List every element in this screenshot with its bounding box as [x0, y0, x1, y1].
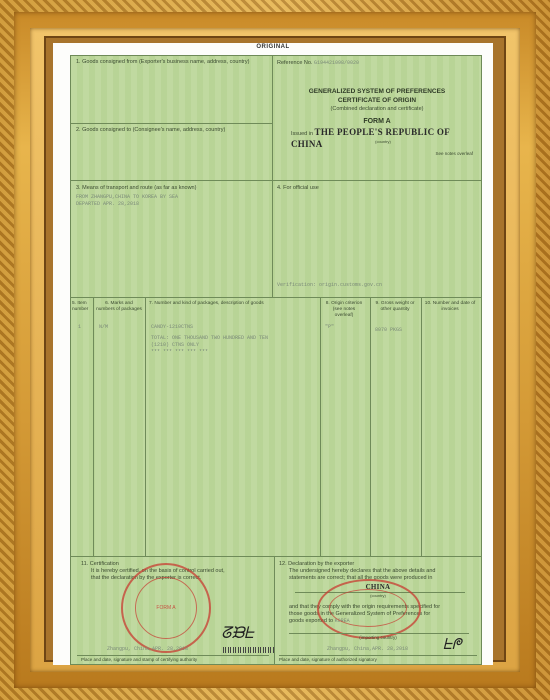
- box-12-place-date: Zhangpu, China,APR. 28,2018: [327, 646, 408, 653]
- exporter-stamp: [317, 579, 421, 639]
- see-notes-overleaf: See notes overleaf: [435, 151, 473, 157]
- issued-in-country: THE PEOPLE'S REPUBLIC OF CHINA: [291, 127, 450, 149]
- box-7-total: TOTAL: ONE THOUSAND TWO HUNDRED AND TEN: [151, 335, 268, 342]
- box-10-invoices: 10. Number and date of invoices: [422, 298, 481, 556]
- box-8-origin-criterion: 8. Origin criterion (see notes overleaf)…: [321, 298, 371, 556]
- box-8-value: "P": [325, 324, 334, 331]
- box-7-end-marks: *** *** *** *** ***: [151, 349, 208, 356]
- reference-no-label: Reference No.: [277, 60, 312, 66]
- box-1-exporter: 1. Goods consigned from (Exporter's busi…: [71, 56, 273, 124]
- box-12-footer: Place and date, signature of authorized …: [279, 657, 377, 663]
- box-3-label: 3. Means of transport and route (as far …: [76, 185, 196, 192]
- box-6-value: N/M: [99, 324, 108, 331]
- form-name: FORM A: [273, 117, 481, 126]
- box-3-route: FROM ZHANGPU,CHINA TO KOREA BY SEA: [76, 194, 178, 201]
- certificate-title: CERTIFICATE OF ORIGIN: [273, 97, 481, 105]
- box-9-gross-weight: 9. Gross weight or other quantity 8070 P…: [371, 298, 422, 556]
- box-11-footer-rule: [77, 655, 269, 656]
- box-7-goods: CANDY-1210CTNS: [151, 324, 193, 331]
- box-12-declaration: 12. Declaration by the exporter The unde…: [275, 557, 481, 665]
- box-7-description: 7. Number and kind of packages, descript…: [146, 298, 321, 556]
- box-11-footer: Place and date, signature and stamp of c…: [81, 657, 197, 663]
- box-5-label: 5. Item number: [72, 301, 94, 313]
- box-12-footer-rule: [279, 655, 477, 656]
- gsp-title: GENERALIZED SYSTEM OF PREFERENCES: [273, 88, 481, 96]
- box-2-label: 2. Goods consigned to (Consignee's name,…: [76, 127, 271, 134]
- customs-stamp-center: FORM A: [123, 605, 209, 612]
- box-7-label: 7. Number and kind of packages, descript…: [149, 301, 321, 307]
- box-5-item-number: 5. Item number 1: [71, 298, 94, 556]
- box-9-value: 8070 PKGS: [375, 327, 402, 334]
- customs-stamp: FORM A: [121, 563, 211, 653]
- box-4-label: 4. For official use: [277, 185, 319, 192]
- box-2-consignee: 2. Goods consigned to (Consignee's name,…: [71, 124, 273, 181]
- box-3-departure: DEPARTED APR. 28,2018: [76, 201, 139, 208]
- title-block: Reference No. G194421098/0020 GENERALIZE…: [273, 56, 481, 181]
- box-4-verification: Verification: origin.customs.gov.cn: [277, 282, 382, 289]
- reference-no-value: G194421098/0020: [314, 60, 359, 66]
- importing-rule: [289, 633, 469, 634]
- certificate-form: 1. Goods consigned from (Exporter's busi…: [70, 55, 482, 665]
- box-11-place-date: Zhangpu, China,APR. 28,2018: [107, 646, 188, 653]
- box-11-certification: 11. Certification It is hereby certified…: [71, 557, 275, 665]
- box-6-label: 6. Marks and numbers of packages: [96, 301, 142, 313]
- box-3-transport: 3. Means of transport and route (as far …: [71, 181, 273, 298]
- box-6-marks: 6. Marks and numbers of packages N/M: [94, 298, 146, 556]
- box-7-total-count: (1210) CTNS ONLY: [151, 342, 199, 349]
- certifier-signature: ᘔᙖᖶ: [221, 623, 254, 644]
- box-4-official-use: 4. For official use Verification: origin…: [273, 181, 481, 298]
- country-caption: (country): [323, 139, 443, 144]
- original-label: ORIGINAL: [53, 44, 493, 50]
- certificate-paper: ORIGINAL 1. Goods consigned from (Export…: [53, 43, 493, 665]
- exporter-signature: ᖶᖘ: [443, 635, 462, 655]
- box-9-label: 9. Gross weight or other quantity: [375, 301, 415, 313]
- box-8-label: 8. Origin criterion (see notes overleaf): [323, 301, 365, 320]
- certificate-barcode: [223, 647, 275, 653]
- box-10-label: 10. Number and date of invoices: [424, 301, 476, 313]
- certificate-subtitle: (Combined declaration and certificate): [273, 106, 481, 113]
- box-5-value: 1: [78, 324, 81, 331]
- issued-in-label: Issued in: [291, 131, 313, 137]
- box-1-label: 1. Goods consigned from (Exporter's busi…: [76, 59, 266, 66]
